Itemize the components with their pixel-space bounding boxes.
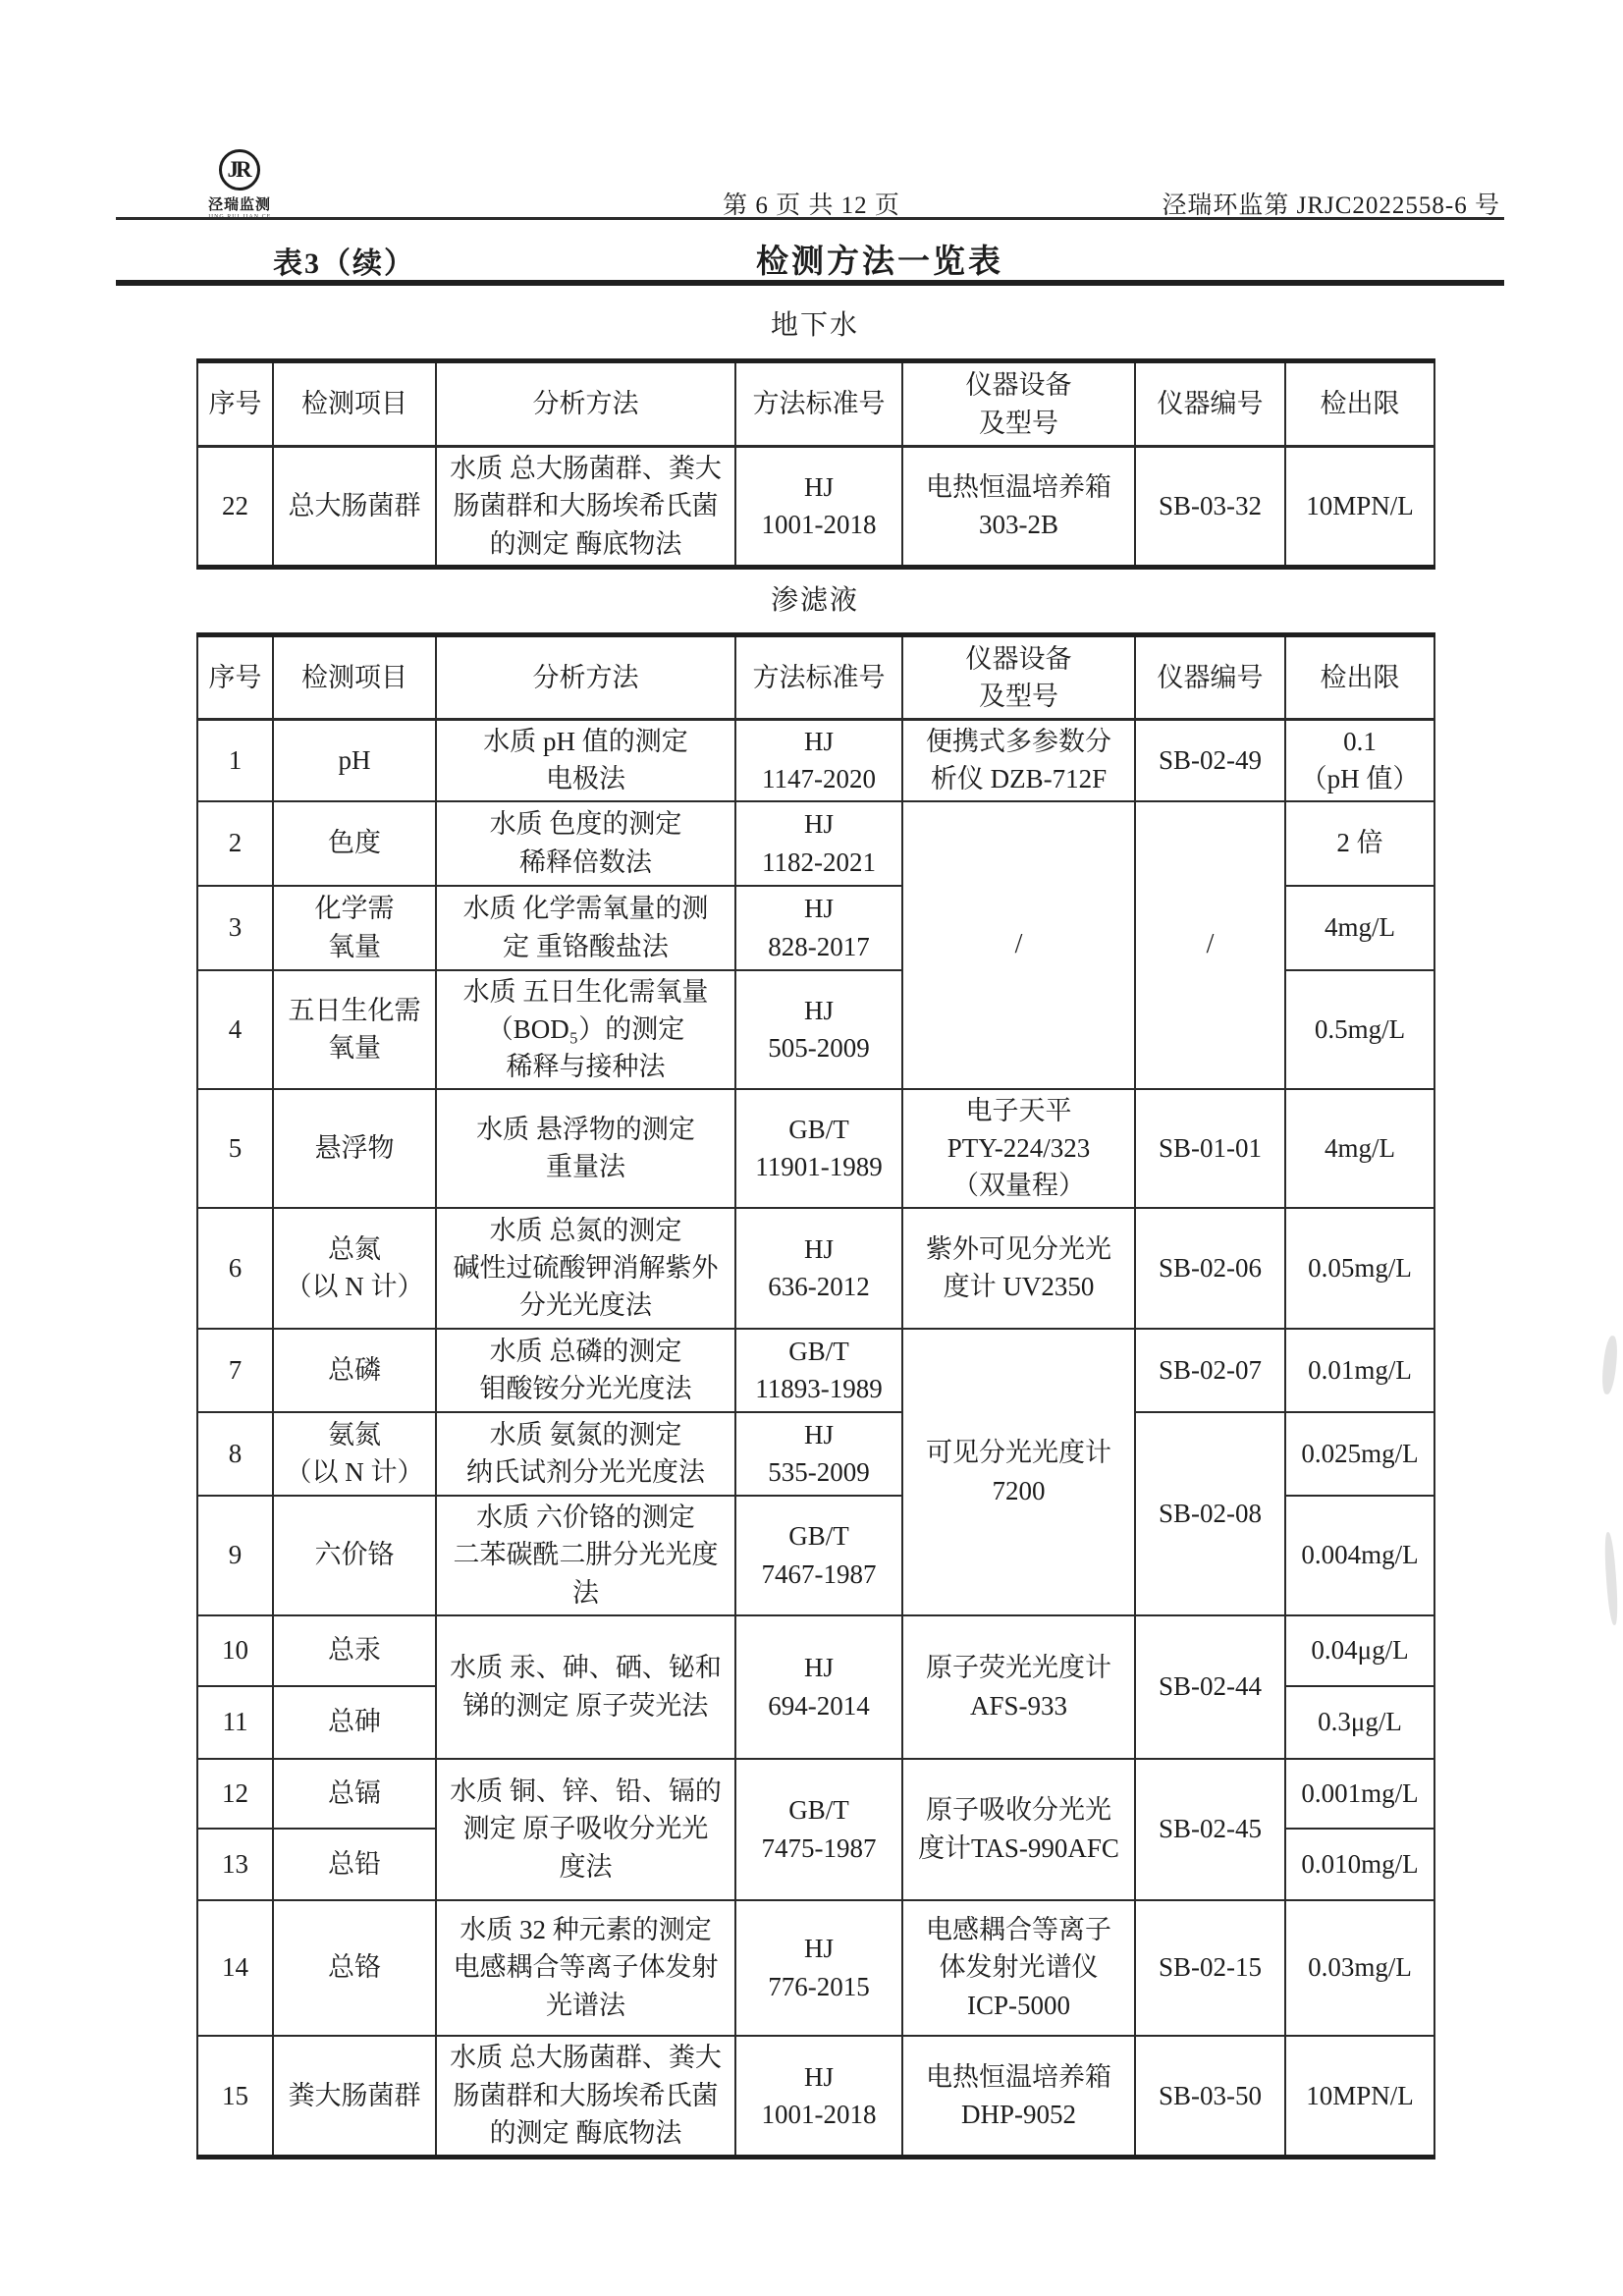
cell-no: 10 (197, 1615, 273, 1686)
cell-method: 水质 总大肠菌群、粪大 肠菌群和大肠埃希氏菌 的测定 酶底物法 (436, 447, 735, 568)
cell-equip-no: SB-02-49 (1135, 720, 1285, 801)
cell-item: 悬浮物 (273, 1089, 436, 1208)
cell-no: 1 (197, 720, 273, 801)
cell-std: HJ 1001-2018 (735, 447, 902, 568)
table-label: 表3（续） (273, 239, 415, 282)
cell-std: GB/T 7467-1987 (735, 1496, 902, 1615)
cell-item: 总氮 （以 N 计） (273, 1208, 436, 1329)
cell-std: HJ 1147-2020 (735, 720, 902, 801)
column-header-std: 方法标准号 (735, 361, 902, 447)
cell-limit: 0.004mg/L (1285, 1496, 1434, 1615)
cell-item: 总铅 (273, 1829, 436, 1900)
cell-std: HJ 776-2015 (735, 1900, 902, 2036)
cell-no: 3 (197, 886, 273, 970)
cell-method: 水质 化学需氧量的测 定 重铬酸盐法 (436, 886, 735, 970)
cell-method: 水质 氨氮的测定 纳氏试剂分光光度法 (436, 1412, 735, 1496)
cell-no: 13 (197, 1829, 273, 1900)
cell-no: 7 (197, 1329, 273, 1412)
column-header-equip: 仪器设备 及型号 (902, 361, 1135, 447)
column-header-item: 检测项目 (273, 361, 436, 447)
cell-equip-no-merged: SB-02-08 (1135, 1412, 1285, 1615)
cell-limit: 0.5mg/L (1285, 970, 1434, 1089)
cell-equip: 电热恒温培养箱 DHP-9052 (902, 2036, 1135, 2158)
cell-item: 总磷 (273, 1329, 436, 1412)
cell-std-merged: HJ 694-2014 (735, 1615, 902, 1759)
table-row: 22 总大肠菌群 水质 总大肠菌群、粪大 肠菌群和大肠埃希氏菌 的测定 酶底物法… (197, 447, 1434, 568)
cell-item: 总汞 (273, 1615, 436, 1686)
cell-limit: 0.1 （pH 值） (1285, 720, 1434, 801)
cell-equip-merged: 可见分光光度计 7200 (902, 1329, 1135, 1615)
cell-equip-merged: 原子吸收分光光 度计TAS-990AFC (902, 1759, 1135, 1900)
cell-equip-no: SB-02-07 (1135, 1329, 1285, 1412)
cell-no: 22 (197, 447, 273, 568)
column-header-equip: 仪器设备 及型号 (902, 635, 1135, 720)
cell-no: 2 (197, 801, 273, 886)
column-header-limit: 检出限 (1285, 635, 1434, 720)
cell-equip: 电热恒温培养箱 303-2B (902, 447, 1135, 568)
table-header-row: 序号 检测项目 分析方法 方法标准号 仪器设备 及型号 仪器编号 检出限 (197, 361, 1434, 447)
logo-monogram: JR (227, 157, 248, 182)
document-number: 泾瑞环监第 JRJC2022558-6 号 (1162, 186, 1500, 221)
section-title-leachate: 渗滤液 (196, 578, 1434, 618)
cell-limit: 0.010mg/L (1285, 1829, 1434, 1900)
cell-item: pH (273, 720, 436, 801)
cell-equip-no: SB-02-15 (1135, 1900, 1285, 2036)
cell-limit: 10MPN/L (1285, 2036, 1434, 2158)
table-row: 14 总铬 水质 32 种元素的测定 电感耦合等离子体发射 光谱法 HJ 776… (197, 1900, 1434, 2036)
column-header-equip-no: 仪器编号 (1135, 635, 1285, 720)
cell-item: 六价铬 (273, 1496, 436, 1615)
cell-std: HJ 1182-2021 (735, 801, 902, 886)
cell-method: 水质 悬浮物的测定 重量法 (436, 1089, 735, 1208)
cell-limit: 2 倍 (1285, 801, 1434, 886)
table-row: 10 总汞 水质 汞、砷、硒、铋和 锑的测定 原子荧光法 HJ 694-2014… (197, 1615, 1434, 1686)
cell-method: 水质 六价铬的测定 二苯碳酰二肼分光光度 法 (436, 1496, 735, 1615)
cell-method: 水质 总氮的测定 碱性过硫酸钾消解紫外 分光光度法 (436, 1208, 735, 1329)
table-row: 1 pH 水质 pH 值的测定 电极法 HJ 1147-2020 便携式多参数分… (197, 720, 1434, 801)
groundwater-table: 序号 检测项目 分析方法 方法标准号 仪器设备 及型号 仪器编号 检出限 22 … (196, 358, 1435, 570)
column-header-no: 序号 (197, 361, 273, 447)
cell-limit: 0.05mg/L (1285, 1208, 1434, 1329)
table-row: 7 总磷 水质 总磷的测定 钼酸铵分光光度法 GB/T 11893-1989 可… (197, 1329, 1434, 1412)
header-rule (116, 217, 1504, 220)
cell-limit: 0.025mg/L (1285, 1412, 1434, 1496)
cell-limit: 4mg/L (1285, 1089, 1434, 1208)
document-page: JR 泾瑞监测 JING RUI JIAN CE 第 6 页 共 12 页 泾瑞… (0, 0, 1623, 2296)
cell-std: GB/T 11901-1989 (735, 1089, 902, 1208)
cell-limit: 0.04μg/L (1285, 1615, 1434, 1686)
column-header-method: 分析方法 (436, 361, 735, 447)
cell-no: 4 (197, 970, 273, 1089)
cell-method: 水质 32 种元素的测定 电感耦合等离子体发射 光谱法 (436, 1900, 735, 2036)
table-row: 15 粪大肠菌群 水质 总大肠菌群、粪大 肠菌群和大肠埃希氏菌 的测定 酶底物法… (197, 2036, 1434, 2158)
cell-equip-merged: / (902, 801, 1135, 1089)
cell-no: 15 (197, 2036, 273, 2158)
cell-item: 总镉 (273, 1759, 436, 1829)
column-header-std: 方法标准号 (735, 635, 902, 720)
table-row: 12 总镉 水质 铜、锌、铅、镉的 测定 原子吸收分光光 度法 GB/T 747… (197, 1759, 1434, 1829)
cell-no: 6 (197, 1208, 273, 1329)
cell-item: 化学需 氧量 (273, 886, 436, 970)
table-row: 2 色度 水质 色度的测定 稀释倍数法 HJ 1182-2021 / / 2 倍 (197, 801, 1434, 886)
cell-method-merged: 水质 铜、锌、铅、镉的 测定 原子吸收分光光 度法 (436, 1759, 735, 1900)
cell-equip-no: SB-03-32 (1135, 447, 1285, 568)
cell-equip: 紫外可见分光光 度计 UV2350 (902, 1208, 1135, 1329)
cell-limit: 0.01mg/L (1285, 1329, 1434, 1412)
cell-limit: 0.3μg/L (1285, 1686, 1434, 1759)
cell-equip: 电感耦合等离子 体发射光谱仪 ICP-5000 (902, 1900, 1135, 2036)
cell-method: 水质 五日生化需氧量 （BOD₅）的测定 稀释与接种法 (436, 970, 735, 1089)
leachate-table: 序号 检测项目 分析方法 方法标准号 仪器设备 及型号 仪器编号 检出限 1 p… (196, 632, 1435, 2159)
cell-limit: 0.03mg/L (1285, 1900, 1434, 2036)
cell-equip: 电子天平 PTY-224/323 （双量程） (902, 1089, 1135, 1208)
cell-equip-no: SB-03-50 (1135, 2036, 1285, 2158)
cell-equip-no-merged: SB-02-44 (1135, 1615, 1285, 1759)
column-header-method: 分析方法 (436, 635, 735, 720)
cell-item: 色度 (273, 801, 436, 886)
cell-method: 水质 pH 值的测定 电极法 (436, 720, 735, 801)
section-title-groundwater: 地下水 (196, 303, 1434, 343)
cell-equip: 便携式多参数分 析仪 DZB-712F (902, 720, 1135, 801)
cell-std-merged: GB/T 7475-1987 (735, 1759, 902, 1900)
cell-std: GB/T 11893-1989 (735, 1329, 902, 1412)
cell-limit: 4mg/L (1285, 886, 1434, 970)
cell-no: 11 (197, 1686, 273, 1759)
page-title: 检测方法一览表 (756, 236, 1003, 282)
column-header-no: 序号 (197, 635, 273, 720)
cell-no: 9 (197, 1496, 273, 1615)
table-row: 8 氨氮 （以 N 计） 水质 氨氮的测定 纳氏试剂分光光度法 HJ 535-2… (197, 1412, 1434, 1496)
cell-std: HJ 828-2017 (735, 886, 902, 970)
cell-item: 总大肠菌群 (273, 447, 436, 568)
cell-item: 粪大肠菌群 (273, 2036, 436, 2158)
cell-limit: 0.001mg/L (1285, 1759, 1434, 1829)
cell-equip-no: SB-01-01 (1135, 1089, 1285, 1208)
cell-method: 水质 总大肠菌群、粪大 肠菌群和大肠埃希氏菌 的测定 酶底物法 (436, 2036, 735, 2158)
cell-equip-no-merged: SB-02-45 (1135, 1759, 1285, 1900)
cell-item: 总砷 (273, 1686, 436, 1759)
table-header-row: 序号 检测项目 分析方法 方法标准号 仪器设备 及型号 仪器编号 检出限 (197, 635, 1434, 720)
cell-no: 8 (197, 1412, 273, 1496)
table-row: 5 悬浮物 水质 悬浮物的测定 重量法 GB/T 11901-1989 电子天平… (197, 1089, 1434, 1208)
column-header-equip-no: 仪器编号 (1135, 361, 1285, 447)
cell-item: 总铬 (273, 1900, 436, 2036)
scan-artifact (1600, 1335, 1619, 1394)
cell-std: HJ 1001-2018 (735, 2036, 902, 2158)
title-rule (116, 280, 1504, 286)
cell-no: 14 (197, 1900, 273, 2036)
cell-equip-no-merged: / (1135, 801, 1285, 1089)
scan-artifact (1603, 1532, 1620, 1625)
cell-std: HJ 535-2009 (735, 1412, 902, 1496)
cell-equip-no: SB-02-06 (1135, 1208, 1285, 1329)
column-header-limit: 检出限 (1285, 361, 1434, 447)
cell-method-merged: 水质 汞、砷、硒、铋和 锑的测定 原子荧光法 (436, 1615, 735, 1759)
cell-std: HJ 505-2009 (735, 970, 902, 1089)
cell-equip-merged: 原子荧光光度计 AFS-933 (902, 1615, 1135, 1759)
cell-item: 氨氮 （以 N 计） (273, 1412, 436, 1496)
cell-method: 水质 色度的测定 稀释倍数法 (436, 801, 735, 886)
cell-no: 5 (197, 1089, 273, 1208)
cell-item: 五日生化需 氧量 (273, 970, 436, 1089)
cell-method: 水质 总磷的测定 钼酸铵分光光度法 (436, 1329, 735, 1412)
cell-std: HJ 636-2012 (735, 1208, 902, 1329)
cell-limit: 10MPN/L (1285, 447, 1434, 568)
column-header-item: 检测项目 (273, 635, 436, 720)
cell-no: 12 (197, 1759, 273, 1829)
logo-jr-icon: JR (219, 149, 260, 191)
table-row: 6 总氮 （以 N 计） 水质 总氮的测定 碱性过硫酸钾消解紫外 分光光度法 H… (197, 1208, 1434, 1329)
